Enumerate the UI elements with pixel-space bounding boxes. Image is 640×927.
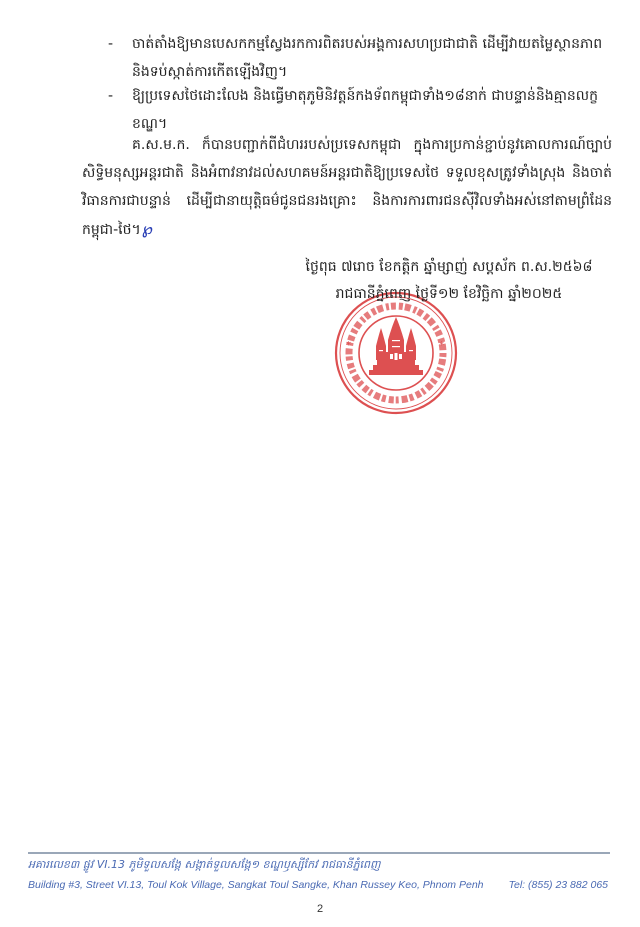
- body-paragraph: គ.ស.ម.ក. ក៏បានបញ្ជាក់ពីជំហររបស់ប្រទេសកម្…: [82, 131, 612, 244]
- handwritten-initial-icon: ℘: [142, 219, 153, 238]
- date-block: ថ្ងៃពុធ ៧រោច ខែកត្តិក ឆ្នាំម្សាញ់ សប្តស័…: [284, 254, 614, 308]
- bullet-marker: -: [108, 82, 132, 138]
- bullet-marker: -: [108, 30, 132, 86]
- paragraph-text: គ.ស.ម.ក. ក៏បានបញ្ជាក់ពីជំហររបស់ប្រទេសកម្…: [82, 137, 612, 238]
- solar-date: រាជធានីភ្នំពេញ ថ្ងៃទី១២ ខែវិច្ឆិកា ឆ្នាំ…: [284, 281, 614, 308]
- svg-text:*: *: [439, 340, 444, 351]
- page-number: 2: [0, 903, 640, 915]
- bullet-item-release-soldiers: - ឱ្យប្រទេសថៃដោះលែង និងធ្វើមាតុភូមិនិវត្…: [108, 82, 608, 138]
- bullet-item-fact-finding-mission: - ចាត់តាំងឱ្យមានបេសកកម្មស្វែងរកការពិតរបស…: [108, 30, 608, 86]
- footer-telephone: Tel: (855) 23 882 065: [509, 879, 608, 891]
- footer-divider: [28, 852, 610, 854]
- lunar-date: ថ្ងៃពុធ ៧រោច ខែកត្តិក ឆ្នាំម្សាញ់ សប្តស័…: [284, 254, 614, 281]
- svg-text:*: *: [346, 340, 351, 351]
- footer-address-khmer: អគារលេខ៣ ផ្លូវ VI.13 ភូមិទួលសង្កែ សង្កាត…: [28, 858, 381, 874]
- footer-address-english: Building #3, Street VI.13, Toul Kok Vill…: [28, 879, 484, 891]
- bullet-text: ឱ្យប្រទេសថៃដោះលែង និងធ្វើមាតុភូមិនិវត្តន…: [132, 82, 608, 138]
- document-page: - ចាត់តាំងឱ្យមានបេសកកម្មស្វែងរកការពិតរបស…: [0, 0, 640, 927]
- bullet-text: ចាត់តាំងឱ្យមានបេសកកម្មស្វែងរកការពិតរបស់អ…: [132, 30, 608, 86]
- official-seal-icon: * *: [333, 290, 459, 416]
